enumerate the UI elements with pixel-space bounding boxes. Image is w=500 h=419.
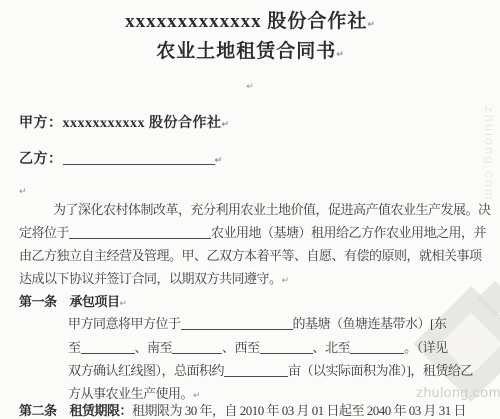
clause2-line: 第二条租赁期限：租期限为 30 年，自 2010 年 03 月 01 日起至 2… xyxy=(19,400,466,419)
clause1-b4-text: 方从事农业生产使用。 xyxy=(68,386,193,401)
clause1-b2-tail: 。（详见 xyxy=(404,340,448,355)
clause1-b3-post: 亩（以实际面积为准）]，租赁给乙 xyxy=(288,363,473,378)
paragraph-mark: ↵ xyxy=(246,82,254,92)
preamble-line3: 由乙方独立自主经营及管理。甲、乙双方本着平等、自愿、有偿的原则，就相关事项 xyxy=(19,245,482,264)
blank-field-north xyxy=(350,341,404,354)
document-title-line2: 农业土地租赁合同书↵ xyxy=(0,36,500,63)
clause1-b2-east: 至 xyxy=(68,340,81,355)
blank-field-party-b xyxy=(63,152,215,165)
paragraph-mark: ↵ xyxy=(222,120,230,130)
empty-paragraph: ↵ xyxy=(19,181,27,199)
clause1-b2-south: 、南至 xyxy=(135,340,173,355)
clause1-b1-pre: 甲方同意将甲方位于 xyxy=(68,316,181,331)
preamble-line2-pre: 定将位于 xyxy=(19,225,69,240)
party-b-line: 乙方：↵ xyxy=(19,148,222,168)
blank-field-location xyxy=(69,226,211,239)
clause1-b3-pre: 双方确认红线图），总面积约 xyxy=(68,363,224,378)
blank-field-west xyxy=(260,341,313,354)
clause1-body-line2: 至、南至、西至、北至。（详见 xyxy=(68,337,448,356)
blank-field-pond-location xyxy=(181,317,293,330)
title-line1-text: xxxxxxxxxxxxx 股份合作社 xyxy=(125,11,367,32)
clause1-number: 第一条 xyxy=(19,294,57,309)
contract-document-page: zhulong.com zhulong.com xxxxxxxxxxxxx 股份… xyxy=(0,0,500,419)
clause1-b2-north: 、北至 xyxy=(313,340,351,355)
paragraph-mark: ↵ xyxy=(336,50,344,60)
preamble-line1: 为了深化农村体制改革，充分利用农业土地价值，促进高产值农业生产发展。决 xyxy=(53,199,491,218)
watermark-site-text-vertical: zhulong.com xyxy=(482,106,497,202)
clause1-heading-line: 第一条承包项目↵ xyxy=(19,291,127,310)
clause1-body-line1: 甲方同意将甲方位于的基塘（鱼塘连基带水）[东 xyxy=(68,313,446,332)
title-line2-text: 农业土地租赁合同书 xyxy=(156,41,336,62)
party-a-label: 甲方： xyxy=(19,116,63,131)
paragraph-mark: ↵ xyxy=(120,299,128,309)
party-b-label: 乙方： xyxy=(19,152,63,167)
paragraph-mark: ↵ xyxy=(19,187,27,197)
document-title-line1: xxxxxxxxxxxxx 股份合作社↵ xyxy=(0,6,500,33)
clause1-b1-post: 的基塘（鱼塘连基带水）[东 xyxy=(293,316,447,331)
blank-field-area xyxy=(224,364,288,377)
clause1-body-line3: 双方确认红线图），总面积约亩（以实际面积为准）]，租赁给乙 xyxy=(68,360,473,379)
party-a-line: 甲方：xxxxxxxxxxx 股份合作社↵ xyxy=(19,112,229,132)
clause2-number: 第二条 xyxy=(19,403,57,418)
paragraph-mark: ↵ xyxy=(215,156,223,166)
party-a-value: xxxxxxxxxxx 股份合作社 xyxy=(63,116,222,131)
paragraph-mark: ↵ xyxy=(282,276,290,286)
preamble-line2: 定将位于农业用地（基塘）租用给乙方作农业用地之用，并 xyxy=(19,222,486,241)
blank-field-south xyxy=(172,341,222,354)
preamble-line4: 达成以下协议并签订合同，以期双方共同遵守。↵ xyxy=(19,268,289,287)
watermark-site-text: zhulong.com xyxy=(416,384,500,400)
clause1-b2-west: 、西至 xyxy=(222,340,260,355)
blank-field-east xyxy=(81,341,135,354)
preamble-line2-post: 农业用地（基塘）租用给乙方作农业用地之用，并 xyxy=(211,225,486,240)
clause2-text: 租期限为 30 年，自 2010 年 03 月 01 日起至 2040 年 03… xyxy=(132,403,466,418)
empty-paragraph: ↵ xyxy=(0,76,500,94)
paragraph-mark: ↵ xyxy=(367,20,375,30)
clause1-title: 承包项目 xyxy=(70,294,120,309)
preamble-line4-text: 达成以下协议并签订合同，以期双方共同遵守。 xyxy=(19,271,282,286)
clause2-title: 租赁期限： xyxy=(70,403,133,418)
